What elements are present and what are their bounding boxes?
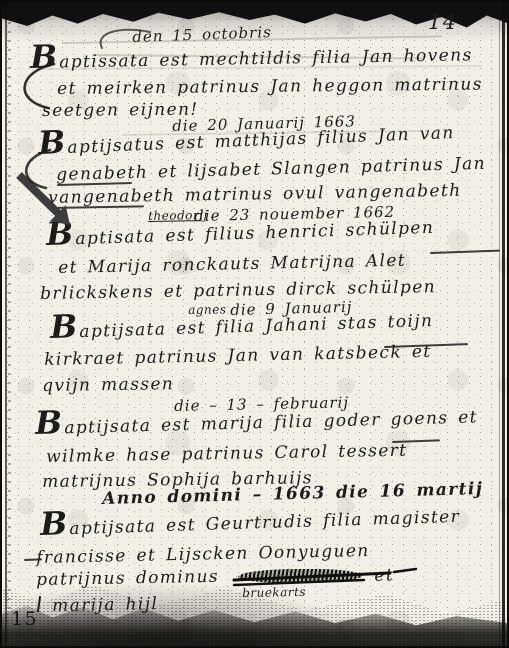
entry-5-line-1: Baptijsata est marija filia goder goens …: [35, 406, 478, 439]
ink-underline-schulpen: [430, 250, 500, 254]
entry-2-line-3: vangenabeth matrinus ovul vangenabeth: [48, 181, 462, 208]
page-number-bottom: 15: [11, 608, 38, 630]
ink-underline-goens: [392, 439, 440, 443]
entry-4-line-3: qvijn massen: [42, 374, 174, 396]
left-border-line: [5, 2, 7, 646]
right-border-line: [502, 2, 505, 646]
entry-2-line-2: genabeth et lijsabet Slangen patrinus Ja…: [56, 154, 486, 185]
entry-1-date: den 15 octobris: [132, 23, 272, 46]
page-number-top: 14: [428, 10, 458, 34]
right-border-line-inner: [499, 2, 500, 646]
left-edge-specks: [8, 22, 11, 616]
ink-dash-after-et: [394, 569, 416, 572]
entry-4-inserted-name: agnes: [188, 302, 227, 317]
entry-6-line-1: Baptijsata est Geurtrudis filia magister: [40, 506, 460, 540]
ink-underline-vangenabeth: [49, 205, 144, 209]
document-scan: 14 15 den 15 octobris Baptissata est mec…: [0, 0, 509, 648]
entry-6-line-2: francisse et Lijscken Oonyuguen: [36, 541, 370, 568]
entry-1-line-2: et meirken patrinus Jan heggon matrinus: [57, 75, 483, 99]
struck-out-name-scribble: [238, 569, 362, 583]
entry-6-line-3-before-strike: patrijnus dominus: [36, 567, 219, 590]
entry-5-line-2: wilmke hase patrinus Carol tessert: [46, 441, 408, 467]
entry-4-line-2: kirkraet patrinus Jan van katsbeck et: [44, 342, 432, 370]
entry-6-final-line: marija hijl: [52, 594, 158, 616]
entry-3-line-2: et Marija ronckauts Matrijna Alet: [58, 251, 406, 278]
entry-6-line-3-after-strike: et: [374, 565, 394, 586]
correction-text: bruekarts: [242, 585, 306, 600]
entry-1-line-1: Baptissata est mechtildis filia Jan hove…: [30, 44, 473, 73]
